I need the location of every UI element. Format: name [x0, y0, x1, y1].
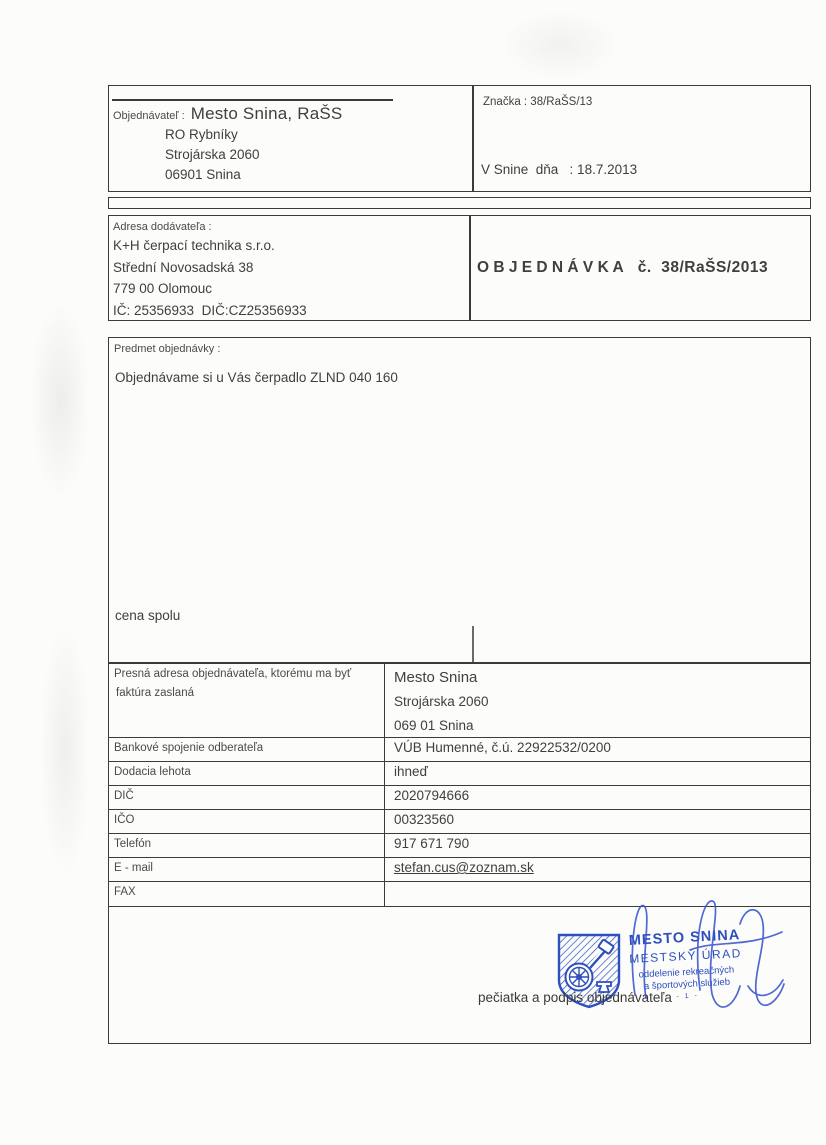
- invoice-address-label-line2: faktúra zaslaná: [114, 687, 384, 699]
- table-row: Bankové spojenie odberateľa VÚB Humenné,…: [109, 738, 810, 762]
- orderer-name: Mesto Snina, RaŠS: [191, 104, 343, 124]
- dic-value: 2020794666: [385, 786, 810, 809]
- supplier-box: Adresa dodávateľa : K+H čerpací technika…: [108, 215, 811, 321]
- table-row: E - mail stefan.cus@zoznam.sk: [109, 858, 810, 882]
- invoice-address-value-line: Strojárska 2060: [394, 690, 810, 714]
- order-number: č. 38/RaŠS/2013: [638, 259, 768, 277]
- ico-label: IČO: [109, 810, 385, 833]
- subject-box-bottom-divider: [472, 626, 474, 662]
- phone-label: Telefón: [109, 834, 385, 857]
- phone-value: 917 671 790: [385, 834, 810, 857]
- separator-strip: [108, 197, 811, 209]
- header-rule: [112, 99, 393, 101]
- stamp-caption: pečiatka a podpis objednávateľa: [478, 990, 672, 1005]
- table-row: Dodacia lehota ihneď: [109, 762, 810, 786]
- place-and-date: V Snine dňa : 18.7.2013: [481, 162, 637, 177]
- scan-artifact: [30, 300, 90, 500]
- table-row: Telefón 917 671 790: [109, 834, 810, 858]
- email-label: E - mail: [109, 858, 385, 881]
- subject-box: Predmet objednávky : Objednávame si u Vá…: [108, 337, 811, 663]
- bank-label: Bankové spojenie odberateľa: [109, 738, 385, 761]
- details-table: Presná adresa objednávateľa, ktorému ma …: [108, 663, 811, 907]
- table-row: FAX: [109, 882, 810, 906]
- table-row: Presná adresa objednávateľa, ktorému ma …: [109, 664, 810, 738]
- fax-label: FAX: [109, 882, 385, 906]
- invoice-address-value: Mesto Snina Strojárska 2060 069 01 Snina: [385, 664, 810, 737]
- table-row: IČO 00323560: [109, 810, 810, 834]
- bank-value: VÚB Humenné, č.ú. 22922532/0200: [385, 738, 810, 761]
- scan-artifact: [500, 10, 620, 80]
- total-price-label: cena spolu: [115, 608, 180, 623]
- fax-value: [385, 882, 810, 906]
- dic-label: DIČ: [109, 786, 385, 809]
- table-row: DIČ 2020794666: [109, 786, 810, 810]
- scan-artifact: [40, 620, 90, 880]
- delivery-term-label: Dodacia lehota: [109, 762, 385, 785]
- invoice-address-label: Presná adresa objednávateľa, ktorému ma …: [109, 664, 385, 737]
- order-subject-text: Objednávame si u Vás čerpadlo ZLND 040 1…: [115, 370, 398, 385]
- ico-value: 00323560: [385, 810, 810, 833]
- reference-mark: Značka : 38/RaŠS/13: [483, 96, 592, 108]
- scanned-order-document: Objednávateľ : Mesto Snina, RaŠS RO Rybn…: [0, 0, 826, 1145]
- order-title: O B J E D N Á V K A: [477, 259, 624, 277]
- email-value: stefan.cus@zoznam.sk: [385, 858, 810, 881]
- orderer-box: Objednávateľ : Mesto Snina, RaŠS RO Rybn…: [108, 85, 811, 192]
- subject-label: Predmet objednávky :: [114, 343, 220, 355]
- invoice-address-value-line: 069 01 Snina: [394, 714, 810, 738]
- delivery-term-value: ihneď: [385, 762, 810, 785]
- invoice-address-value-line: Mesto Snina: [394, 666, 810, 690]
- orderer-label: Objednávateľ :: [113, 110, 185, 122]
- invoice-address-label-line1: Presná adresa objednávateľa, ktorému ma …: [114, 668, 384, 680]
